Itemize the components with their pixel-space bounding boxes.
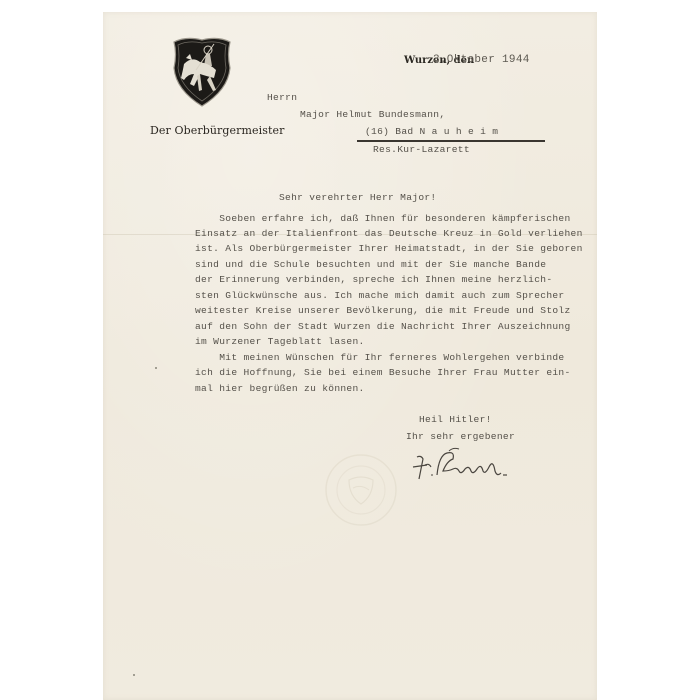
letter-greeting: Sehr verehrter Herr Major! [279, 192, 437, 203]
body-line: mal hier begrüßen zu können. [195, 383, 365, 394]
letter-date: 3.Oktober 1944 [433, 54, 530, 66]
paper-speck [133, 674, 135, 676]
letter-page: Der Oberbürgermeister Wurzen, den 3.Okto… [103, 12, 597, 700]
body-line: ist. Als Oberbürgermeister Ihrer Heimats… [195, 243, 583, 254]
body-line: sten Glückwünsche aus. Ich mache mich da… [195, 290, 565, 301]
body-line: ich die Hoffnung, Sie bei einem Besuche … [195, 367, 571, 378]
body-line: auf den Sohn der Stadt Wurzen die Nachri… [195, 321, 571, 332]
body-line: Einsatz an der Italienfront das Deutsche… [195, 228, 583, 239]
embossed-city-seal-icon [323, 452, 399, 528]
recipient-name: Major Helmut Bundesmann, [300, 109, 445, 120]
body-line: im Wurzener Tageblatt lasen. [195, 336, 365, 347]
closing-phrase: Ihr sehr ergebener [406, 431, 515, 442]
body-line: Soeben erfahre ich, daß Ihnen für besond… [195, 213, 571, 224]
recipient-salutation: Herrn [267, 92, 297, 103]
paper-speck [155, 367, 157, 369]
recipient-underline [357, 140, 545, 142]
body-line: Mit meinen Wünschen für Ihr ferneres Woh… [195, 352, 565, 363]
handwritten-signature-icon [403, 445, 523, 487]
closing-salute: Heil Hitler! [419, 414, 492, 425]
body-line: der Erinnerung verbinden, spreche ich Ih… [195, 274, 552, 285]
recipient-institution: Res.Kur-Lazarett [373, 144, 470, 155]
knight-on-horse-shield-icon [170, 34, 234, 108]
office-title: Der Oberbürgermeister [150, 124, 260, 137]
body-line: weitester Kreise unserer Bevölkerung, di… [195, 305, 571, 316]
recipient-city: (16) Bad N a u h e i m [365, 126, 498, 137]
body-line: sind und die Schule besuchten und mit de… [195, 259, 546, 270]
